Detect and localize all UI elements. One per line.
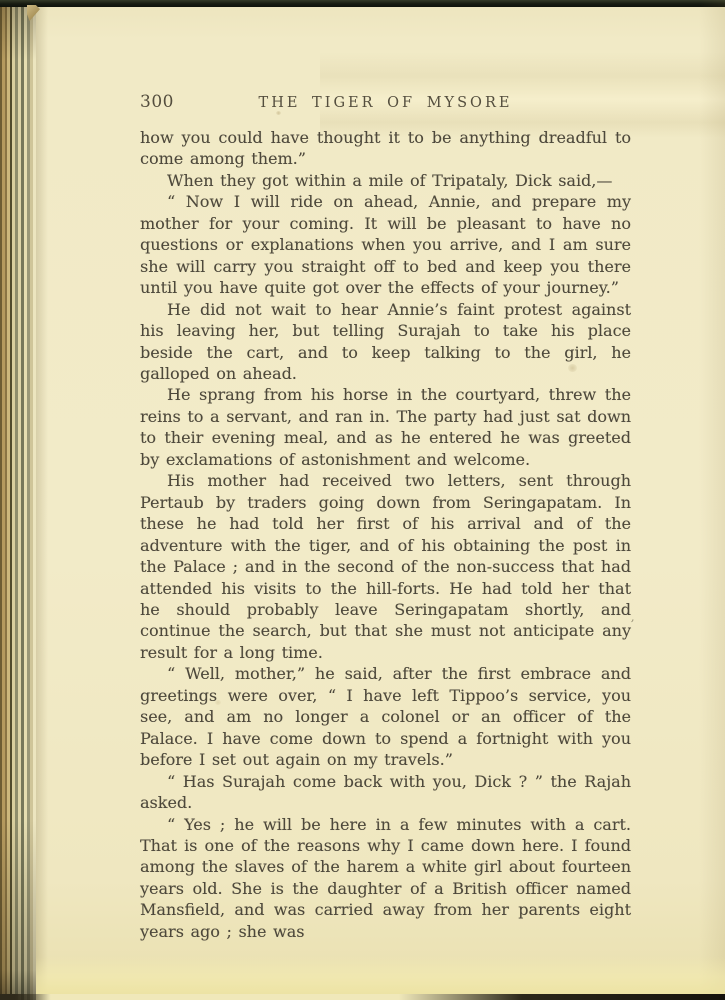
running-title: THE TIGER OF MYSORE [140,95,631,111]
gutter-shadow [36,0,48,1000]
text-body: how you could have thought it to be anyt… [140,127,631,942]
paragraph: “ Well, mother,” he said, after the firs… [140,663,631,770]
paragraph: He sprang from his horse in the courtyar… [140,384,631,470]
right-edge-shading [699,0,725,1000]
scanned-book-page: ’ 300 THE TIGER OF MYSORE how you could … [0,0,725,1000]
paragraph: how you could have thought it to be anyt… [140,127,631,170]
paragraph: “ Has Surajah come back with you, Dick ?… [140,771,631,814]
paragraph: “ Now I will ride on ahead, Annie, and p… [140,191,631,298]
paragraph: When they got within a mile of Tripataly… [140,170,631,191]
book-cover-bottom-edge [0,994,725,1000]
bottom-page-sheen [36,956,725,994]
book-cover-top-edge [0,0,725,7]
page-edge-stack [0,0,36,1000]
paragraph: His mother had received two letters, sen… [140,470,631,663]
paragraph: “ Yes ; he will be here in a few minutes… [140,814,631,943]
paragraph: He did not wait to hear Annie’s faint pr… [140,299,631,385]
page-header: 300 THE TIGER OF MYSORE [140,92,631,116]
